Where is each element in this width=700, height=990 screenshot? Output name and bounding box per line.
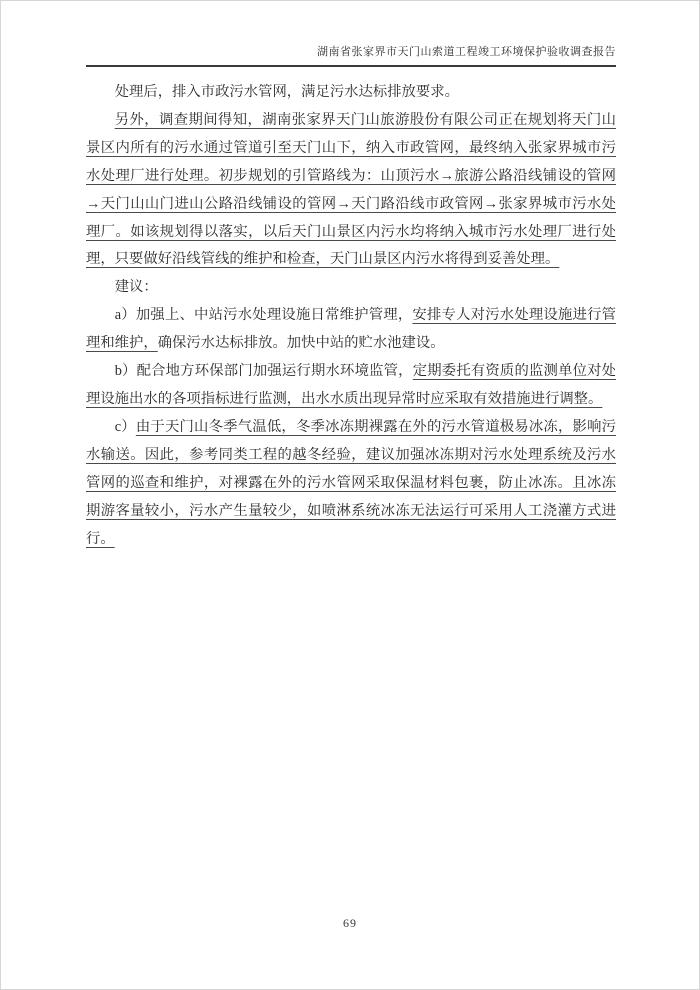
item-b-text: b）配合地方环保部门加强运行期水环境监管， xyxy=(115,363,413,379)
page-number: 69 xyxy=(343,916,357,930)
suggestions-heading: 建议： xyxy=(86,274,616,302)
heading-text: 建议： xyxy=(115,279,158,295)
suggestion-item-a: a）加强上、中站污水处理设施日常维护管理，安排专人对污水处理设施进行管理和维护，… xyxy=(86,302,616,358)
paragraph-text: 处理后，排入市政污水管网，满足污水达标排放要求。 xyxy=(115,84,459,100)
page-footer: 69 xyxy=(1,914,699,932)
underlined-text: 另外，调查期间得知，湖南张家界天门山旅游股份有限公司正在规划将天门山景区内所有的… xyxy=(86,112,616,268)
item-a-text: a）加强上、中站污水处理设施日常维护管理， xyxy=(115,307,413,323)
running-header-title: 湖南省张家界市天门山索道工程竣工环境保护验收调查报告 xyxy=(86,45,616,59)
suggestion-item-b: b）配合地方环保部门加强运行期水环境监管，定期委托有资质的监测单位对处理设施出水… xyxy=(86,358,616,414)
item-c-underlined-text: 由于天门山冬季气温低，冬季冰冻期裸露在外的污水管道极易冰冻，影响污水输送。因此，… xyxy=(86,419,616,547)
item-c-label: c） xyxy=(115,419,136,435)
item-a-text-tail: 确保污水达标排放。加快中站的贮水池建设。 xyxy=(158,335,445,351)
paragraph-treatment-discharge: 处理后，排入市政污水管网，满足污水达标排放要求。 xyxy=(86,79,616,107)
paragraph-planning-pipeline: 另外，调查期间得知，湖南张家界天门山旅游股份有限公司正在规划将天门山景区内所有的… xyxy=(86,107,616,274)
document-page: 湖南省张家界市天门山索道工程竣工环境保护验收调查报告 处理后，排入市政污水管网，… xyxy=(0,0,700,990)
page-header: 湖南省张家界市天门山索道工程竣工环境保护验收调查报告 xyxy=(86,45,616,67)
document-body: 处理后，排入市政污水管网，满足污水达标排放要求。 另外，调查期间得知，湖南张家界… xyxy=(86,79,616,553)
suggestion-item-c: c）由于天门山冬季气温低，冬季冰冻期裸露在外的污水管道极易冰冻，影响污水输送。因… xyxy=(86,414,616,554)
